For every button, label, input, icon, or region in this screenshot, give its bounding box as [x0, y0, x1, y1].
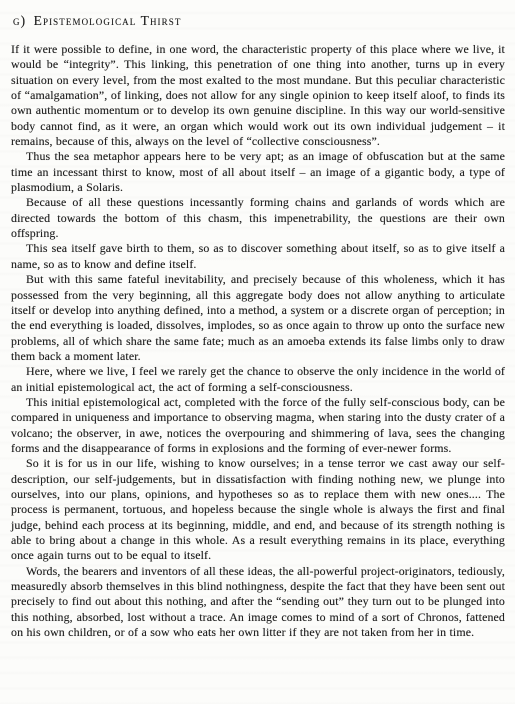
- paragraph: Thus the sea metaphor appears here to be…: [11, 149, 505, 195]
- paragraph: So it is for us in our life, wishing to …: [11, 456, 505, 563]
- paragraph: This initial epistemological act, comple…: [11, 395, 505, 456]
- paragraph: This sea itself gave birth to them, so a…: [11, 241, 505, 272]
- book-page: g)Epistemological Thirst If it were poss…: [0, 0, 515, 704]
- paragraph: If it were possible to define, in one wo…: [11, 42, 505, 149]
- paragraph: Because of all these questions incessant…: [11, 195, 505, 241]
- section-title: Epistemological Thirst: [34, 13, 182, 28]
- section-heading: g)Epistemological Thirst: [13, 13, 505, 29]
- section-label: g): [13, 13, 26, 28]
- paragraph: Words, the bearers and inventors of all …: [11, 564, 505, 641]
- paragraph: Here, where we live, I feel we rarely ge…: [11, 364, 505, 395]
- page-body: If it were possible to define, in one wo…: [11, 42, 505, 640]
- paragraph: But with this same fateful inevitability…: [11, 272, 505, 364]
